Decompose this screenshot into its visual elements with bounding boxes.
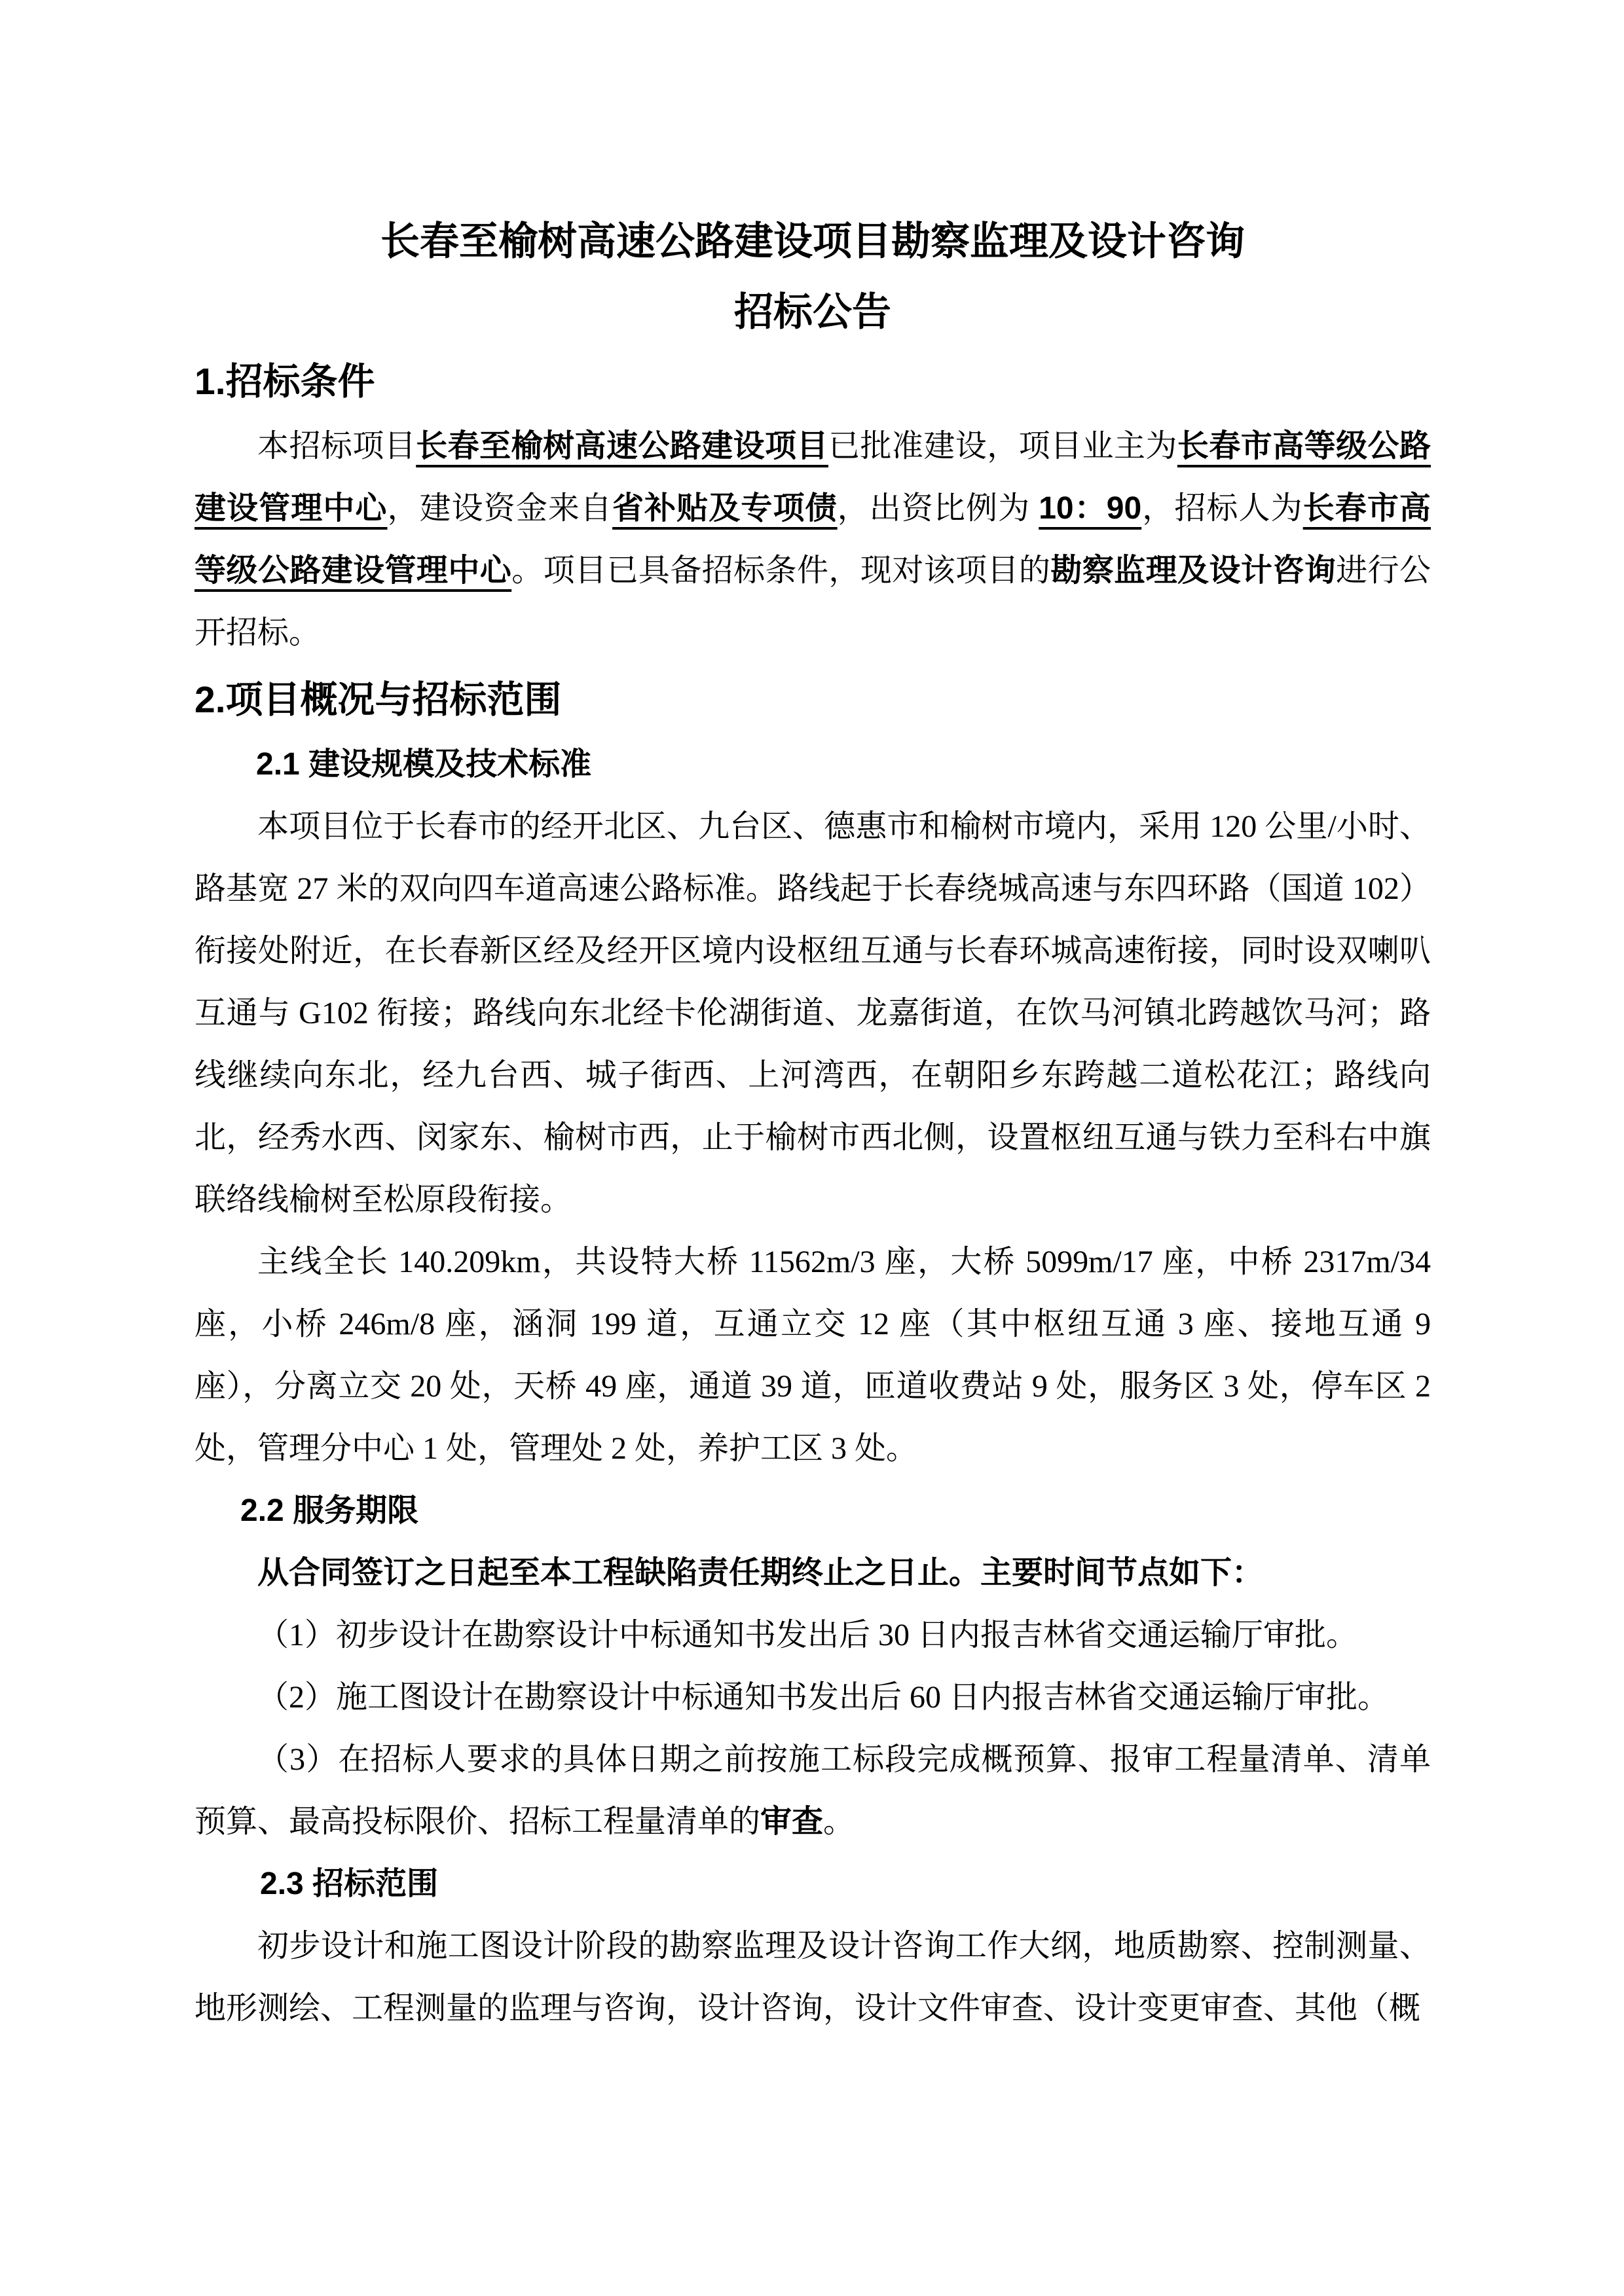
list-item-1: （1）初步设计在勘察设计中标通知书发出后 30 日内报吉林省交通运输厅审批。 (194, 1604, 1431, 1666)
paragraph-service-period-intro: 从合同签订之日起至本工程缺陷责任期终止之日止。主要时间节点如下： (194, 1542, 1431, 1604)
text-run-funding-source: 省补贴及专项债 (612, 491, 838, 526)
text-run: ，招标人为 (1141, 491, 1303, 526)
paragraph-tender-conditions: 本招标项目长春至榆树高速公路建设项目已批准建设，项目业主为长春市高等级公路建设管… (194, 415, 1431, 664)
text-run-project-name: 长春至榆树高速公路建设项目 (416, 429, 828, 464)
document-title: 长春至榆树高速公路建设项目勘察监理及设计咨询 (194, 208, 1431, 275)
section-1-heading: 1.招标条件 (194, 348, 1431, 415)
paragraph-project-scale: 本项目位于长春市的经开北区、九台区、德惠市和榆树市境内，采用 120 公里/小时… (194, 795, 1431, 1231)
paragraph-mainline-stats: 主线全长 140.209km，共设特大桥 11562m/3 座，大桥 5099m… (194, 1231, 1431, 1480)
text-run: 。 (823, 1804, 855, 1839)
text-run-service-name: 勘察监理及设计咨询 (1050, 553, 1336, 588)
paragraph-tender-scope: 初步设计和施工图设计阶段的勘察监理及设计咨询工作大纲，地质勘察、控制测量、地形测… (194, 1915, 1431, 2039)
text-run-funding-ratio: 10：90 (1039, 491, 1141, 526)
document-subtitle: 招标公告 (194, 279, 1431, 346)
text-run-review: 审查 (760, 1804, 823, 1839)
list-item-2: （2）施工图设计在勘察设计中标通知书发出后 60 日内报吉林省交通运输厅审批。 (194, 1666, 1431, 1728)
section-2-2-heading: 2.2 服务期限 (194, 1480, 1431, 1542)
section-2-heading: 2.项目概况与招标范围 (194, 666, 1431, 733)
section-2-3-heading: 2.3 招标范围 (194, 1853, 1431, 1915)
text-run: 本招标项目 (257, 429, 416, 464)
section-2-1-heading: 2.1 建设规模及技术标准 (194, 733, 1431, 795)
text-run: ，出资比例为 (838, 491, 1039, 526)
document-page: 长春至榆树高速公路建设项目勘察监理及设计咨询 招标公告 1.招标条件 本招标项目… (0, 0, 1624, 2296)
text-run: 。项目已具备招标条件，现对该项目的 (511, 553, 1050, 588)
list-item-3: （3）在招标人要求的具体日期之前按施工标段完成概预算、报审工程量清单、清单预算、… (194, 1728, 1431, 1853)
text-run: 已批准建设，项目业主为 (828, 429, 1177, 464)
text-run: ，建设资金来自 (388, 491, 613, 526)
